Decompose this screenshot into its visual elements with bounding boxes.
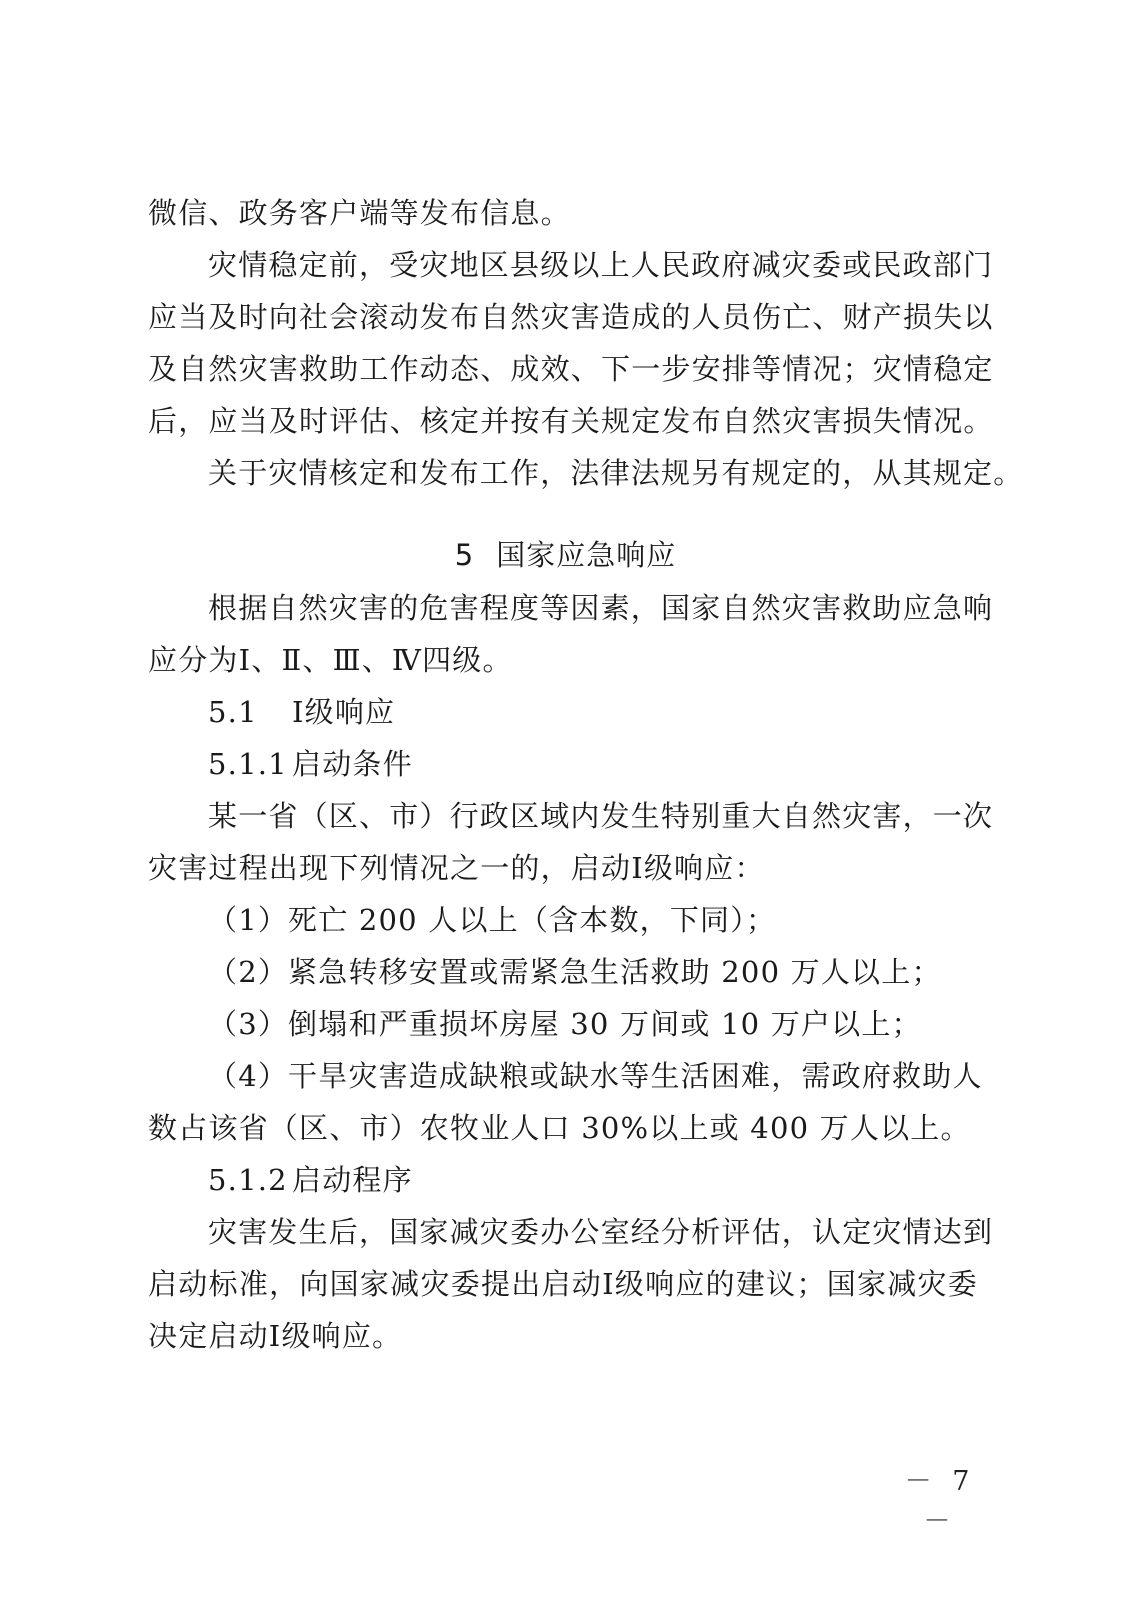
page-number: － 7 － (900, 1462, 980, 1542)
subsection-number: 5.1 (208, 692, 292, 732)
list-item: （2）紧急转移安置或需紧急生活救助 200 万人以上； (208, 952, 978, 992)
subsection-title: 启动程序 (292, 1163, 413, 1197)
subsection-number: 5.1.2 (208, 1160, 292, 1200)
list-item-continuation: 数占该省（区、市）农牧业人口 30%以上或 400 万人以上。 (148, 1108, 978, 1148)
subsection-title: 启动条件 (292, 747, 413, 781)
section-title: 国家应急响应 (496, 538, 676, 572)
document-page: 微信、政务客户端等发布信息。 灾情稳定前，受灾地区县级以上人民政府减灾委或民政部… (0, 0, 1131, 1600)
paragraph-line: 关于灾情核定和发布工作，法律法规另有规定的，从其规定。 (208, 453, 978, 493)
paragraph-line: 灾情稳定前，受灾地区县级以上人民政府减灾委或民政部门 (208, 245, 978, 285)
section-heading-5: 5国家应急响应 (0, 535, 1131, 575)
paragraph-line: 某一省（区、市）行政区域内发生特别重大自然灾害，一次 (208, 796, 978, 836)
paragraph-line: 及自然灾害救助工作动态、成效、下一步安排等情况；灾情稳定 (148, 349, 978, 389)
list-item: （4）干旱灾害造成缺粮或缺水等生活困难，需政府救助人 (208, 1056, 978, 1096)
subsection-title: Ⅰ级响应 (292, 695, 395, 729)
subsection-number: 5.1.1 (208, 744, 292, 784)
subsection-heading-5-1-1: 5.1.1启动条件 (208, 744, 978, 784)
paragraph-line: 灾害过程出现下列情况之一的，启动Ⅰ级响应： (148, 848, 978, 888)
subsection-heading-5-1-2: 5.1.2启动程序 (208, 1160, 978, 1200)
paragraph-line: 应分为Ⅰ、Ⅱ、Ⅲ、Ⅳ四级。 (148, 640, 978, 680)
list-item: （3）倒塌和严重损坏房屋 30 万间或 10 万户以上； (208, 1004, 978, 1044)
section-number: 5 (455, 538, 474, 572)
paragraph-line: 微信、政务客户端等发布信息。 (148, 193, 978, 233)
paragraph-line: 决定启动Ⅰ级响应。 (148, 1316, 978, 1356)
paragraph-line: 启动标准，向国家减灾委提出启动Ⅰ级响应的建议；国家减灾委 (148, 1264, 978, 1304)
paragraph-line: 根据自然灾害的危害程度等因素，国家自然灾害救助应急响 (208, 588, 978, 628)
list-item: （1）死亡 200 人以上（含本数，下同）； (208, 900, 978, 940)
paragraph-line: 后，应当及时评估、核定并按有关规定发布自然灾害损失情况。 (148, 401, 978, 441)
subsection-heading-5-1: 5.1Ⅰ级响应 (208, 692, 978, 732)
paragraph-line: 灾害发生后，国家减灾委办公室经分析评估，认定灾情达到 (208, 1212, 978, 1252)
paragraph-line: 应当及时向社会滚动发布自然灾害造成的人员伤亡、财产损失以 (148, 297, 978, 337)
